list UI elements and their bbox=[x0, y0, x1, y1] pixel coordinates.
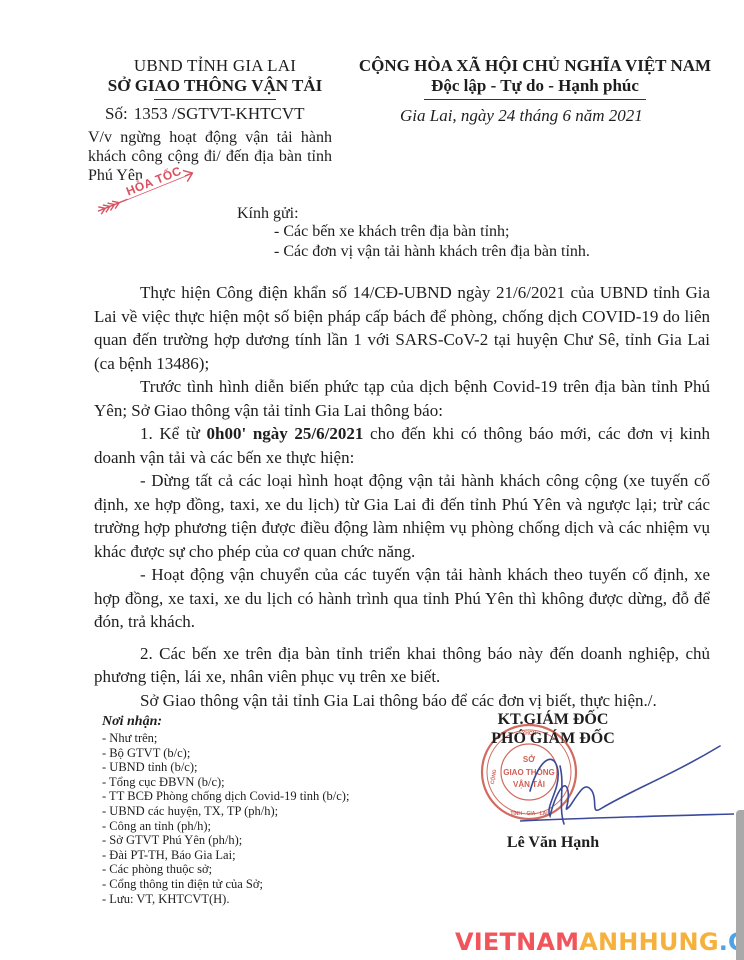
body-paragraph: 1. Kể từ 0h00' ngày 25/6/2021 cho đến kh… bbox=[94, 422, 710, 469]
distribution-item: - Sở GTVT Phú Yên (ph/h); bbox=[102, 833, 349, 848]
body-paragraph: - Hoạt động vận chuyển của các tuyến vận… bbox=[94, 563, 710, 634]
signer-role-secondary: PHÓ GIÁM ĐỐC bbox=[470, 729, 636, 748]
distribution-item: - Cổng thông tin điện tử của Sở; bbox=[102, 877, 349, 892]
document-number: Số:1353 /SGTVT-KHTCVT bbox=[105, 104, 304, 124]
doc-number-value: 1353 bbox=[134, 104, 168, 123]
divider bbox=[154, 99, 276, 100]
date-line: Gia Lai, ngày 24 tháng 6 năm 2021 bbox=[400, 106, 643, 126]
scrollbar[interactable] bbox=[736, 810, 744, 960]
divider bbox=[424, 99, 646, 100]
parent-organization: UBND TỈNH GIA LAI bbox=[80, 56, 350, 76]
watermark-part: VIETNAM bbox=[455, 928, 579, 956]
body-paragraph: Trước tình hình diễn biến phức tạp của d… bbox=[94, 375, 710, 422]
doc-number-label: Số: bbox=[105, 104, 128, 123]
distribution-item: - Bộ GTVT (b/c); bbox=[102, 746, 349, 761]
nation-name: CỘNG HÒA XÃ HỘI CHỦ NGHĨA VIỆT NAM bbox=[345, 56, 725, 76]
distribution-list: Nơi nhận: - Như trên;- Bộ GTVT (b/c);- U… bbox=[102, 713, 349, 906]
distribution-item: - Lưu: VT, KHTCVT(H). bbox=[102, 892, 349, 907]
distribution-item: - Tổng cục ĐBVN (b/c); bbox=[102, 775, 349, 790]
body-paragraph: 2. Các bến xe trên địa bàn tỉnh triển kh… bbox=[94, 642, 710, 689]
doc-code: /SGTVT-KHTCVT bbox=[172, 104, 305, 123]
organization-name: SỞ GIAO THÔNG VẬN TẢI bbox=[80, 76, 350, 96]
distribution-item: - UBND các huyện, TX, TP (ph/h); bbox=[102, 804, 349, 819]
addressee-label: Kính gửi: bbox=[237, 204, 299, 224]
issuing-agency: UBND TỈNH GIA LAI SỞ GIAO THÔNG VẬN TẢI bbox=[80, 56, 350, 100]
distribution-item: - Như trên; bbox=[102, 731, 349, 746]
distribution-item: - TT BCĐ Phòng chống dịch Covid-19 tỉnh … bbox=[102, 789, 349, 804]
body-paragraph: - Dừng tất cả các loại hình hoạt động vậ… bbox=[94, 469, 710, 563]
watermark-part: ANHHUNG bbox=[579, 928, 719, 956]
signer-role-primary: KT.GIÁM ĐỐC bbox=[470, 710, 636, 729]
body-paragraph: Sở Giao thông vận tải tỉnh Gia Lai thông… bbox=[94, 689, 710, 713]
distribution-item: - Đài PT-TH, Báo Gia Lai; bbox=[102, 848, 349, 863]
signer-name: Lê Văn Hạnh bbox=[470, 834, 636, 852]
site-watermark: VIETNAMANHHUNG.COM bbox=[455, 928, 744, 956]
addressee-list: - Các bến xe khách trên địa bàn tỉnh; - … bbox=[274, 222, 590, 262]
national-motto: Độc lập - Tự do - Hạnh phúc bbox=[345, 76, 725, 96]
document-subject: V/v ngừng hoạt động vận tải hành khách c… bbox=[88, 128, 332, 185]
document-body: Thực hiện Công điện khẩn số 14/CĐ-UBND n… bbox=[94, 281, 710, 712]
addressee-item: - Các đơn vị vận tải hành khách trên địa… bbox=[274, 242, 590, 262]
distribution-items: - Như trên;- Bộ GTVT (b/c);- UBND tỉnh (… bbox=[102, 731, 349, 906]
national-title: CỘNG HÒA XÃ HỘI CHỦ NGHĨA VIỆT NAM Độc l… bbox=[345, 56, 725, 100]
distribution-item: - Công an tỉnh (ph/h); bbox=[102, 819, 349, 834]
body-text: 1. Kể từ bbox=[140, 424, 206, 443]
effective-time: 0h00' ngày 25/6/2021 bbox=[206, 424, 363, 443]
distribution-item: - Các phòng thuộc sở; bbox=[102, 862, 349, 877]
distribution-title: Nơi nhận: bbox=[102, 713, 349, 730]
signature-block: KT.GIÁM ĐỐC PHÓ GIÁM ĐỐC Lê Văn Hạnh bbox=[470, 710, 636, 852]
distribution-item: - UBND tỉnh (b/c); bbox=[102, 760, 349, 775]
body-paragraph: Thực hiện Công điện khẩn số 14/CĐ-UBND n… bbox=[94, 281, 710, 375]
addressee-item: - Các bến xe khách trên địa bàn tỉnh; bbox=[274, 222, 590, 242]
